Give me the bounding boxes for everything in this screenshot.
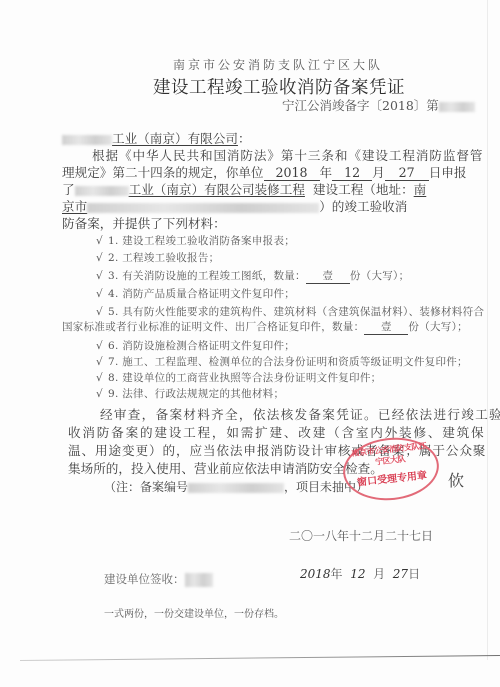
receipt-year: 2018 <box>300 567 331 581</box>
receipt-month: 12 <box>350 567 365 581</box>
receipt-day: 27 <box>393 567 408 581</box>
redacted-signature <box>185 573 213 587</box>
handwritten-initials: 佽 <box>448 468 464 491</box>
redacted-number <box>439 102 475 112</box>
receipt-signature: 建设单位签收： <box>104 571 213 587</box>
material-item-6: √6. 消防设施检测合格证明文件复印件； <box>96 338 295 353</box>
redacted-project-prefix <box>75 186 129 196</box>
check-icon: √ <box>96 356 103 368</box>
address-line: 京市 <box>62 199 319 214</box>
paragraph-2-line-2: 收消防备案的建设工程，如需扩建、改建（含室内外装修、建筑保 <box>68 422 485 441</box>
document-number: 宁江公消竣备字〔2018〕第 <box>282 96 475 114</box>
seal-center-text: 窗口受理专用章 <box>355 466 428 488</box>
issuing-authority: 南京市公安消防支队江宁区大队 <box>173 56 383 73</box>
check-icon: √ <box>96 270 103 282</box>
material-item-5: √5. 具有防火性能要求的建筑构件、建筑材料（含建筑保温材料）、装修材料符合 <box>96 304 484 319</box>
materials-quantity: 壹 <box>364 319 408 335</box>
paragraph-1-line-5: 防备案，并提供了下列材料： <box>62 213 226 232</box>
redacted-filing-number <box>188 483 284 493</box>
check-icon: √ <box>96 235 103 247</box>
material-item-5-continuation: 国家标准或者行业标准的证明文件、出厂合格证复印件，数量：壹份（大写）； <box>62 319 468 335</box>
receipt-date: 2018年 12 月 27日 <box>300 565 420 582</box>
material-item-2: √2. 工程竣工验收报告； <box>96 250 219 265</box>
check-icon: √ <box>96 372 103 384</box>
check-icon: √ <box>96 252 103 264</box>
material-item-8: √8. 建设单位的工商营业执照等合法身份证明文件复印件； <box>96 370 381 385</box>
page-edge-bottom <box>20 655 500 661</box>
document-number-prefix: 宁江公消竣备字〔2018〕第 <box>282 98 439 113</box>
check-icon: √ <box>96 306 103 318</box>
addressee-name: 工业（南京）有限公司 <box>62 131 238 146</box>
filing-note: （注：备案编号，项目未抽中） <box>104 478 368 495</box>
redacted-company-prefix <box>62 135 112 145</box>
material-item-1: √1. 建设工程竣工验收消防备案申报表； <box>96 233 295 248</box>
page-edge-right <box>487 0 488 660</box>
redacted-address <box>87 203 319 213</box>
paragraph-2-line-4: 集场所的，投入使用、营业前应依法申请消防安全检查。 <box>68 458 383 477</box>
issue-date: 二〇一八年十二月二十七日 <box>289 527 433 544</box>
check-icon: √ <box>96 288 103 300</box>
project-name: 工业（南京）有限公司装修工程 <box>75 182 305 197</box>
check-icon: √ <box>96 340 103 352</box>
check-icon: √ <box>96 388 103 400</box>
material-item-4: √4. 消防产品质量合格证明文件复印件； <box>96 286 295 301</box>
drawings-quantity: 壹 <box>306 268 350 284</box>
material-item-9: √9. 法律、行政法规规定的其他材料； <box>96 386 284 401</box>
scanned-certificate-page: 南京市公安消防支队江宁区大队 建设工程竣工验收消防备案凭证 宁江公消竣备字〔20… <box>0 0 500 687</box>
material-item-3: √3. 有关消防设施的工程竣工图纸，数量：壹份（大写）； <box>96 268 409 284</box>
material-item-7: √7. 施工、工程监理、检测单位的合法身份证明和资质等级证明文件复印件； <box>96 354 468 369</box>
paragraph-2-line-1: 经审查，备案材料齐全，依法核发备案凭证。已经依法进行竣工验 <box>100 404 500 423</box>
address-start: 南 <box>414 182 427 197</box>
copies-note: 一式两份，一份交建设单位，一份存档。 <box>104 605 284 620</box>
